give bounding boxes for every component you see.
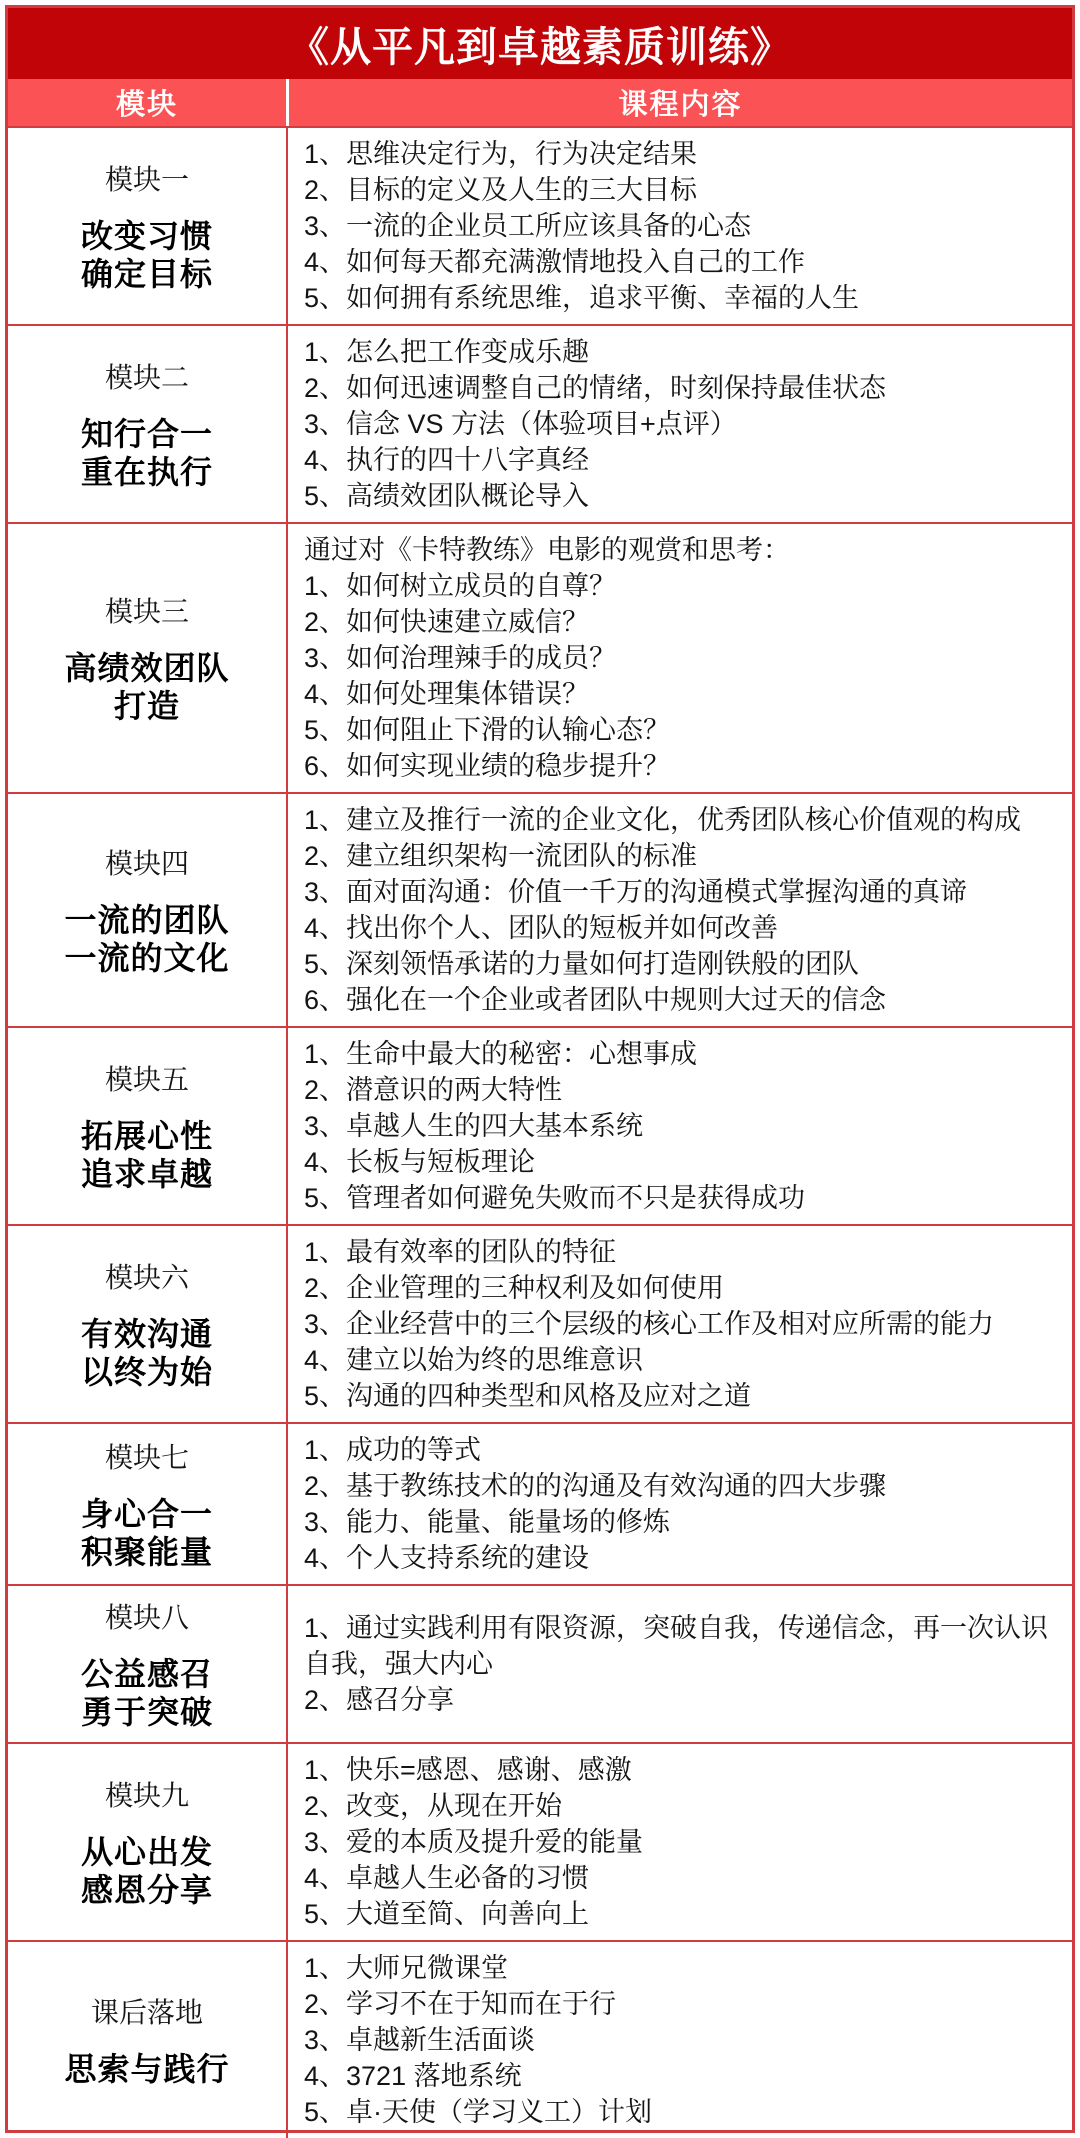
module-label: 课后落地	[91, 1991, 203, 2031]
module-cell: 模块一改变习惯确定目标	[8, 128, 286, 324]
course-table: 《从平凡到卓越素质训练》 模块 课程内容 模块一改变习惯确定目标1、思维决定行为…	[5, 5, 1075, 2133]
module-name-line: 高绩效团队	[64, 650, 229, 688]
course-item: 6、强化在一个企业或者团队中规则大过天的信念	[304, 982, 1060, 1018]
content-cell: 1、快乐=感恩、感谢、感激2、改变，从现在开始3、爱的本质及提升爱的能量4、卓越…	[286, 1744, 1072, 1940]
content-cell: 通过对《卡特教练》电影的观赏和思考：1、如何树立成员的自尊？2、如何快速建立威信…	[286, 524, 1072, 792]
module-name-line: 思索与践行	[64, 2051, 229, 2089]
module-name-line: 打造	[64, 688, 229, 726]
table-row: 模块二知行合一重在执行1、怎么把工作变成乐趣2、如何迅速调整自己的情绪，时刻保持…	[8, 324, 1072, 522]
course-item: 4、执行的四十八字真经	[304, 442, 1060, 478]
module-label: 模块六	[105, 1256, 189, 1296]
table-row: 模块三高绩效团队打造通过对《卡特教练》电影的观赏和思考：1、如何树立成员的自尊？…	[8, 522, 1072, 792]
module-label: 模块三	[105, 590, 189, 630]
course-item: 3、爱的本质及提升爱的能量	[304, 1824, 1060, 1860]
module-name-line: 知行合一	[81, 416, 213, 454]
course-item: 4、如何每天都充满激情地投入自己的工作	[304, 244, 1060, 280]
course-item: 4、如何处理集体错误？	[304, 676, 1060, 712]
course-item: 2、如何迅速调整自己的情绪，时刻保持最佳状态	[304, 370, 1060, 406]
course-item: 1、建立及推行一流的企业文化，优秀团队核心价值观的构成	[304, 802, 1060, 838]
module-name-line: 一流的团队	[64, 902, 229, 940]
module-name-line: 确定目标	[81, 256, 213, 294]
content-cell: 1、成功的等式2、基于教练技术的的沟通及有效沟通的四大步骤3、能力、能量、能量场…	[286, 1424, 1072, 1584]
content-cell: 1、通过实践利用有限资源，突破自我，传递信念，再一次认识自我，强大内心2、感召分…	[286, 1586, 1072, 1742]
course-item: 3、企业经营中的三个层级的核心工作及相对应所需的能力	[304, 1306, 1060, 1342]
module-name: 公益感召勇于突破	[81, 1656, 213, 1732]
module-name: 知行合一重在执行	[81, 416, 213, 492]
course-item: 5、深刻领悟承诺的力量如何打造刚铁般的团队	[304, 946, 1060, 982]
column-header-content: 课程内容	[286, 79, 1072, 126]
module-label: 模块九	[105, 1774, 189, 1814]
module-name-line: 感恩分享	[81, 1872, 213, 1910]
module-cell: 模块四一流的团队一流的文化	[8, 794, 286, 1026]
course-item: 1、通过实践利用有限资源，突破自我，传递信念，再一次认识自我，强大内心	[304, 1610, 1060, 1682]
module-name-line: 拓展心性	[81, 1118, 213, 1156]
course-item: 3、一流的企业员工所应该具备的心态	[304, 208, 1060, 244]
module-name-line: 改变习惯	[81, 218, 213, 256]
table-body: 模块一改变习惯确定目标1、思维决定行为，行为决定结果2、目标的定义及人生的三大目…	[8, 126, 1072, 2138]
module-name: 身心合一积聚能量	[81, 1496, 213, 1572]
module-cell: 模块六有效沟通以终为始	[8, 1226, 286, 1422]
page: 《从平凡到卓越素质训练》 模块 课程内容 模块一改变习惯确定目标1、思维决定行为…	[0, 0, 1080, 2138]
course-item: 5、如何阻止下滑的认输心态？	[304, 712, 1060, 748]
module-name: 有效沟通以终为始	[81, 1316, 213, 1392]
course-item: 1、生命中最大的秘密：心想事成	[304, 1036, 1060, 1072]
course-item: 2、改变，从现在开始	[304, 1788, 1060, 1824]
course-item: 3、卓越人生的四大基本系统	[304, 1108, 1060, 1144]
module-name-line: 积聚能量	[81, 1534, 213, 1572]
course-item: 5、高绩效团队概论导入	[304, 478, 1060, 514]
table-header-row: 模块 课程内容	[8, 79, 1072, 126]
module-name: 拓展心性追求卓越	[81, 1118, 213, 1194]
module-label: 模块八	[105, 1596, 189, 1636]
table-row: 模块一改变习惯确定目标1、思维决定行为，行为决定结果2、目标的定义及人生的三大目…	[8, 126, 1072, 324]
course-item: 4、找出你个人、团队的短板并如何改善	[304, 910, 1060, 946]
course-item: 5、管理者如何避免失败而不只是获得成功	[304, 1180, 1060, 1216]
table-row: 模块六有效沟通以终为始1、最有效率的团队的特征2、企业管理的三种权利及如何使用3…	[8, 1224, 1072, 1422]
module-cell: 课后落地思索与践行	[8, 1942, 286, 2138]
course-item: 3、信念 VS 方法（体验项目+点评）	[304, 406, 1060, 442]
module-name: 高绩效团队打造	[64, 650, 229, 726]
table-title: 《从平凡到卓越素质训练》	[8, 8, 1072, 79]
module-name: 一流的团队一流的文化	[64, 902, 229, 978]
course-item: 3、卓越新生活面谈	[304, 2022, 1060, 2058]
course-item: 通过对《卡特教练》电影的观赏和思考：	[304, 532, 1060, 568]
course-item: 2、建立组织架构一流团队的标准	[304, 838, 1060, 874]
course-item: 4、3721 落地系统	[304, 2058, 1060, 2094]
module-label: 模块一	[105, 158, 189, 198]
course-item: 3、面对面沟通：价值一千万的沟通模式掌握沟通的真谛	[304, 874, 1060, 910]
module-name-line: 有效沟通	[81, 1316, 213, 1354]
table-row: 模块九从心出发感恩分享1、快乐=感恩、感谢、感激2、改变，从现在开始3、爱的本质…	[8, 1742, 1072, 1940]
course-item: 2、学习不在于知而在于行	[304, 1986, 1060, 2022]
content-cell: 1、大师兄微课堂2、学习不在于知而在于行3、卓越新生活面谈4、3721 落地系统…	[286, 1942, 1072, 2138]
module-label: 模块七	[105, 1436, 189, 1476]
module-cell: 模块七身心合一积聚能量	[8, 1424, 286, 1584]
module-cell: 模块九从心出发感恩分享	[8, 1744, 286, 1940]
table-row: 模块五拓展心性追求卓越1、生命中最大的秘密：心想事成2、潜意识的两大特性3、卓越…	[8, 1026, 1072, 1224]
course-item: 5、大道至简、向善向上	[304, 1896, 1060, 1932]
course-item: 5、卓·天使（学习义工）计划	[304, 2094, 1060, 2130]
course-item: 2、企业管理的三种权利及如何使用	[304, 1270, 1060, 1306]
table-row: 课后落地思索与践行1、大师兄微课堂2、学习不在于知而在于行3、卓越新生活面谈4、…	[8, 1940, 1072, 2138]
module-name-line: 重在执行	[81, 454, 213, 492]
module-name-line: 追求卓越	[81, 1156, 213, 1194]
table-row: 模块七身心合一积聚能量1、成功的等式2、基于教练技术的的沟通及有效沟通的四大步骤…	[8, 1422, 1072, 1584]
module-cell: 模块三高绩效团队打造	[8, 524, 286, 792]
course-item: 3、如何治理辣手的成员？	[304, 640, 1060, 676]
module-name-line: 勇于突破	[81, 1694, 213, 1732]
module-name-line: 从心出发	[81, 1834, 213, 1872]
module-name-line: 以终为始	[81, 1354, 213, 1392]
module-label: 模块四	[105, 842, 189, 882]
module-label: 模块二	[105, 356, 189, 396]
module-name-line: 公益感召	[81, 1656, 213, 1694]
course-item: 1、怎么把工作变成乐趣	[304, 334, 1060, 370]
course-item: 4、个人支持系统的建设	[304, 1540, 1060, 1576]
module-name: 改变习惯确定目标	[81, 218, 213, 294]
content-cell: 1、建立及推行一流的企业文化，优秀团队核心价值观的构成2、建立组织架构一流团队的…	[286, 794, 1072, 1026]
course-item: 6、如何实现业绩的稳步提升？	[304, 748, 1060, 784]
course-item: 5、如何拥有系统思维，追求平衡、幸福的人生	[304, 280, 1060, 316]
course-item: 1、快乐=感恩、感谢、感激	[304, 1752, 1060, 1788]
content-cell: 1、怎么把工作变成乐趣2、如何迅速调整自己的情绪，时刻保持最佳状态3、信念 VS…	[286, 326, 1072, 522]
module-label: 模块五	[105, 1058, 189, 1098]
content-cell: 1、生命中最大的秘密：心想事成2、潜意识的两大特性3、卓越人生的四大基本系统4、…	[286, 1028, 1072, 1224]
module-cell: 模块五拓展心性追求卓越	[8, 1028, 286, 1224]
table-row: 模块八公益感召勇于突破1、通过实践利用有限资源，突破自我，传递信念，再一次认识自…	[8, 1584, 1072, 1742]
course-item: 1、最有效率的团队的特征	[304, 1234, 1060, 1270]
course-item: 1、如何树立成员的自尊？	[304, 568, 1060, 604]
course-item: 4、建立以始为终的思维意识	[304, 1342, 1060, 1378]
content-cell: 1、思维决定行为，行为决定结果2、目标的定义及人生的三大目标3、一流的企业员工所…	[286, 128, 1072, 324]
course-item: 4、长板与短板理论	[304, 1144, 1060, 1180]
course-item: 2、如何快速建立威信？	[304, 604, 1060, 640]
course-item: 1、大师兄微课堂	[304, 1950, 1060, 1986]
course-item: 2、基于教练技术的的沟通及有效沟通的四大步骤	[304, 1468, 1060, 1504]
module-cell: 模块二知行合一重在执行	[8, 326, 286, 522]
content-cell: 1、最有效率的团队的特征2、企业管理的三种权利及如何使用3、企业经营中的三个层级…	[286, 1226, 1072, 1422]
course-item: 5、沟通的四种类型和风格及应对之道	[304, 1378, 1060, 1414]
table-row: 模块四一流的团队一流的文化1、建立及推行一流的企业文化，优秀团队核心价值观的构成…	[8, 792, 1072, 1026]
module-cell: 模块八公益感召勇于突破	[8, 1586, 286, 1742]
course-item: 4、卓越人生必备的习惯	[304, 1860, 1060, 1896]
course-item: 3、能力、能量、能量场的修炼	[304, 1504, 1060, 1540]
course-item: 2、感召分享	[304, 1682, 1060, 1718]
module-name-line: 身心合一	[81, 1496, 213, 1534]
course-item: 1、成功的等式	[304, 1432, 1060, 1468]
module-name: 思索与践行	[64, 2051, 229, 2089]
course-item: 2、目标的定义及人生的三大目标	[304, 172, 1060, 208]
module-name-line: 一流的文化	[64, 940, 229, 978]
course-item: 1、思维决定行为，行为决定结果	[304, 136, 1060, 172]
column-header-module: 模块	[8, 79, 286, 126]
module-name: 从心出发感恩分享	[81, 1834, 213, 1910]
course-item: 2、潜意识的两大特性	[304, 1072, 1060, 1108]
